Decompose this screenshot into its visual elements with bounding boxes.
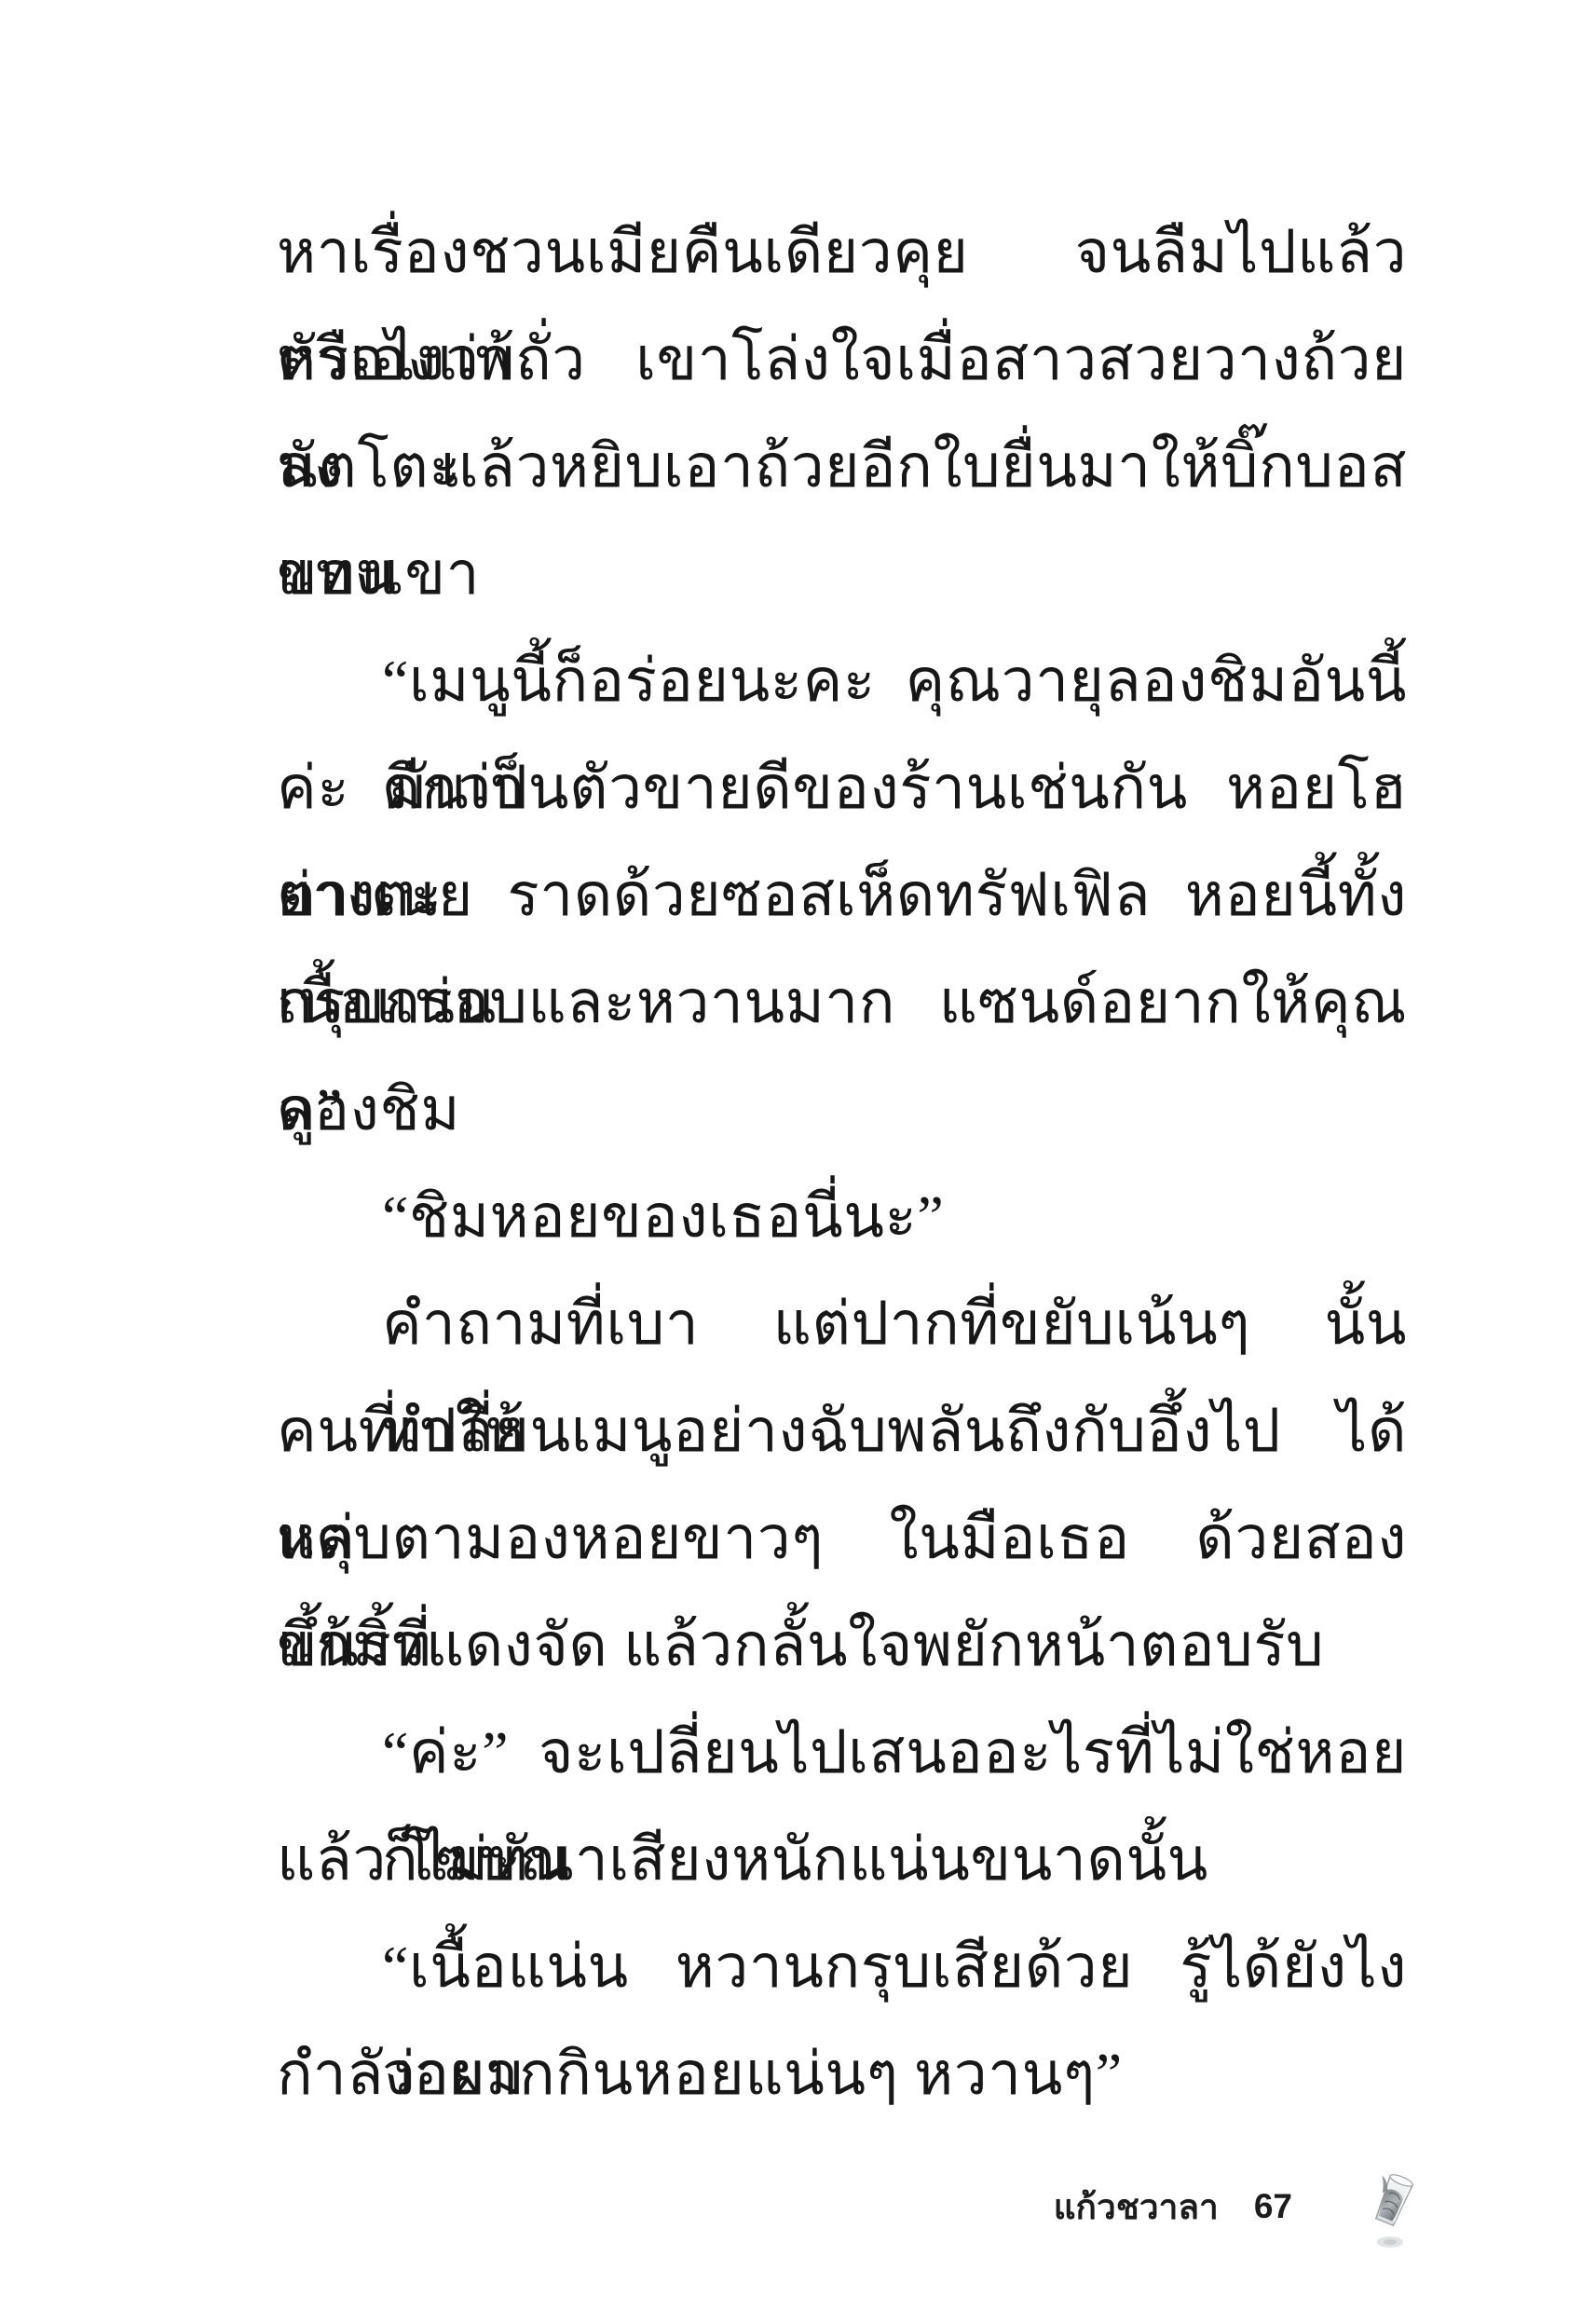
tilted-glass-icon xyxy=(1361,2162,1423,2251)
body-line: กำลังอยากกินหอยแน่นๆ หวานๆ” xyxy=(277,2020,1407,2127)
body-line: หลุบตามองหอยขาวๆ ในมือเธอ ด้วยสองแก้มที่ xyxy=(277,1484,1407,1592)
body-line: “เนื้อแน่น หวานกรุบเสียด้วย รู้ได้ยังไงว… xyxy=(277,1913,1407,2020)
body-line: “เมนูนี้ก็อร่อยนะคะ คุณวายุลองชิมอันนี้ด… xyxy=(277,627,1407,734)
body-line: คนที่เปลี่ยนเมนูอย่างฉับพลันถึงกับอึ้งไป… xyxy=(277,1377,1407,1484)
body-line: ค่ะ มันเป็นตัวขายดีของร้านเช่นกัน หอยโฮต… xyxy=(277,734,1407,841)
body-line: ย่างเนย ราดด้วยซอสเห็ดทรัฟเฟิล หอยนี้ทั้… xyxy=(277,841,1407,949)
book-page: หาเรื่องชวนเมียคืนเดียวคุย จนลืมไปแล้วหร… xyxy=(0,0,1596,2311)
page-footer: แก้วชวาลา 67 xyxy=(1054,2162,1423,2251)
body-line: คำถามที่เบา แต่ปากที่ขยับเน้นๆ นั้น ทำให… xyxy=(277,1270,1407,1377)
body-line: “ค่ะ” จะเปลี่ยนไปเสนออะไรที่ไม่ใช่หอยก็ไ… xyxy=(277,1699,1407,1806)
body-line: แล้ว โฆษณาเสียงหนักแน่นขนาดนั้น xyxy=(277,1806,1407,1913)
body-line: ตัวเองแพ้ถั่ว เขาโล่งใจเมื่อสาวสวยวางถ้ว… xyxy=(277,306,1407,413)
body-text: หาเรื่องชวนเมียคืนเดียวคุย จนลืมไปแล้วหร… xyxy=(277,198,1407,2127)
body-line: ลง แล้วหยิบเอาถ้วยอีกใบยื่นมาให้บิ๊กบอสข… xyxy=(277,413,1407,520)
body-line: “ชิมหอยของเธอนี่นะ” xyxy=(277,1163,1407,1270)
body-line: กรุบกรอบและหวานมาก แซนด์อยากให้คุณลองชิม xyxy=(277,949,1407,1056)
body-line: ขึ้นริ้วแดงจัด แล้วกลั้นใจพยักหน้าตอบรับ xyxy=(277,1592,1407,1699)
footer-book-title: แก้วชวาลา xyxy=(1054,2180,1219,2235)
body-line: หาเรื่องชวนเมียคืนเดียวคุย จนลืมไปแล้วหร… xyxy=(277,198,1407,306)
footer-page-number: 67 xyxy=(1254,2187,1292,2226)
